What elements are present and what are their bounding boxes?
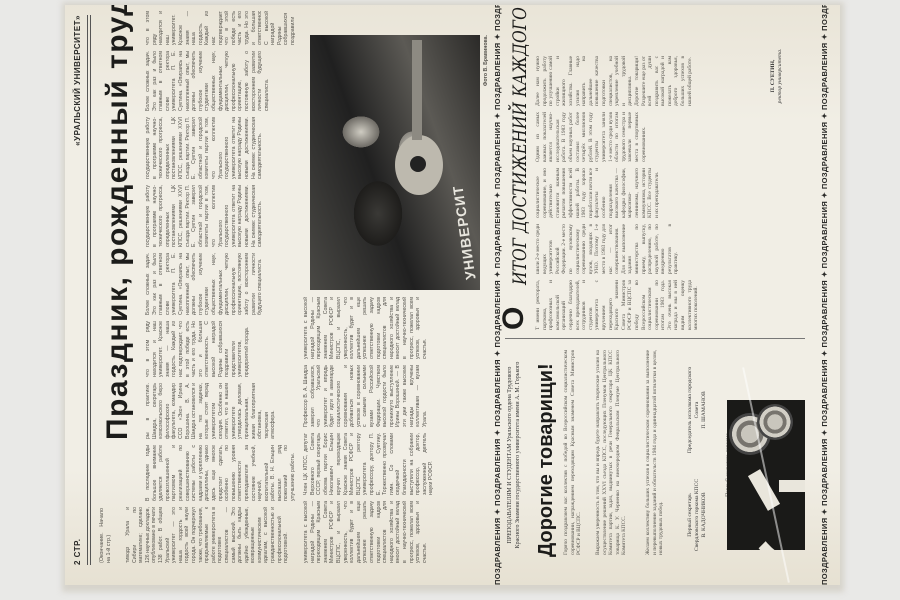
middle-column-4: университета с высокой наградой Родины —…: [303, 297, 483, 359]
middle-column-1: университета с высокой наградой Родины —…: [303, 501, 483, 563]
lead-column-2: В последние годы большое внимание уделяе…: [145, 445, 297, 501]
page-number: 2 СТР.: [73, 539, 82, 566]
greeting-paragraph-1: Горячо поздравляем вас коллектив с побед…: [563, 350, 593, 555]
signature-2: Председатель исполкома городского Совета…: [687, 365, 708, 455]
newspaper-page: 2 СТР. «УРАЛЬСКИЙ УНИВЕРСИТЕТ» Праздник,…: [65, 5, 840, 585]
greeting-addressee: ПРЕПОДАВАТЕЛЯМ И СТУДЕНТАМ Уральского ор…: [507, 355, 537, 555]
signature-2-title: Председатель исполкома городского Совета: [687, 365, 701, 455]
photo-banner-text: УНИВЕРСИТ: [449, 184, 478, 280]
middle-column-2: Член ЦК КПСС, депутат Верховного Совета …: [303, 433, 483, 495]
second-headline: ИТОГ ДОСТИЖЕНИЙ КАЖДОГО: [509, 7, 531, 285]
drop-cap: О: [497, 307, 531, 330]
signature-1: Первый секретарь Свердловского горкома К…: [687, 475, 708, 555]
header-rule-2: [90, 15, 91, 565]
second-column-1: Т имени ректората, парткома, профсоюзных…: [535, 280, 805, 330]
second-column-2: шили 2-е место среди ведущих университет…: [535, 224, 805, 274]
guitar-hole: [410, 156, 426, 172]
lead-headline: Праздник, рожденный трудом: [101, 5, 135, 440]
signature-1-title: Первый секретарь Свердловского горкома К…: [687, 475, 701, 555]
second-column-4: Одним из самых важных показателей являет…: [535, 112, 805, 162]
signature-1-name: В. КАДОЧНИКОВ: [701, 475, 708, 555]
header-rule: [87, 15, 88, 565]
emblem-flower-2: [757, 404, 793, 440]
lead-column-5: Более сложных задач. Это как раз и было …: [145, 253, 297, 315]
signature-2-name: П. ШАМАНОВ: [701, 365, 708, 455]
section-divider: [505, 338, 805, 339]
rector-signature: П. СУЕТИН, ректор университета.: [770, 46, 784, 106]
second-column-3: социалистическое соревнование, и оно дей…: [535, 168, 805, 218]
photo-caption: Фото В. Бравинова.: [483, 35, 493, 290]
lead-column-3: ры в практике. Шандра, секретарь комсомо…: [145, 383, 297, 439]
rector-title: ректор университета.: [777, 46, 784, 106]
lead-column-1: тиводз Урала и Сибири по математике; сде…: [125, 507, 297, 563]
lead-column-6: государственную работу в программе научн…: [145, 185, 297, 247]
newspaper-name: «УРАЛЬСКИЙ УНИВЕРСИТЕТ»: [73, 15, 82, 146]
guitar-neck: [412, 40, 422, 140]
continuation-note: (Окончание. Начало на 1-й стр.): [99, 508, 119, 563]
lead-column-4: что в этом ряду находится и наш универси…: [145, 321, 297, 377]
lead-column-7: государственную работу в программе научн…: [145, 117, 297, 179]
greeting-headline: Дорогие товарищи!: [535, 363, 558, 557]
lead-column-9: что в этом ряду находится и наш универси…: [145, 11, 297, 45]
greeting-paragraph-3: Желаем коллективу больших успехов в соци…: [645, 350, 685, 555]
middle-column-3: Профессор В. А. Шандра заверил собравших…: [303, 365, 483, 427]
second-column-5: Далее нам нужно продолжить работу по улу…: [535, 56, 765, 106]
emblem-letter-stem: [779, 480, 805, 492]
students-guitar-photo: УНИВЕРСИТ: [310, 35, 480, 290]
congrats-ribbon-top: ПОЗДРАВЛЕНИЯ ✦ ПОЗДРАВЛЕНИЯ ✦ ПОЗДРАВЛЕН…: [493, 5, 504, 585]
greeting-paragraph-2: Выражаем уверенность в том, что вы и впр…: [595, 350, 643, 555]
lead-column-8: Более сложных задач. Это как раз и было …: [145, 51, 297, 111]
congrats-ribbon-bottom: ПОЗДРАВЛЕНИЯ ✦ ПОЗДРАВЛЕНИЯ ✦ ПОЗДРАВЛЕН…: [820, 5, 831, 585]
page-header: 2 СТР. «УРАЛЬСКИЙ УНИВЕРСИТЕТ»: [73, 15, 85, 565]
rector-name: П. СУЕТИН,: [770, 46, 777, 106]
